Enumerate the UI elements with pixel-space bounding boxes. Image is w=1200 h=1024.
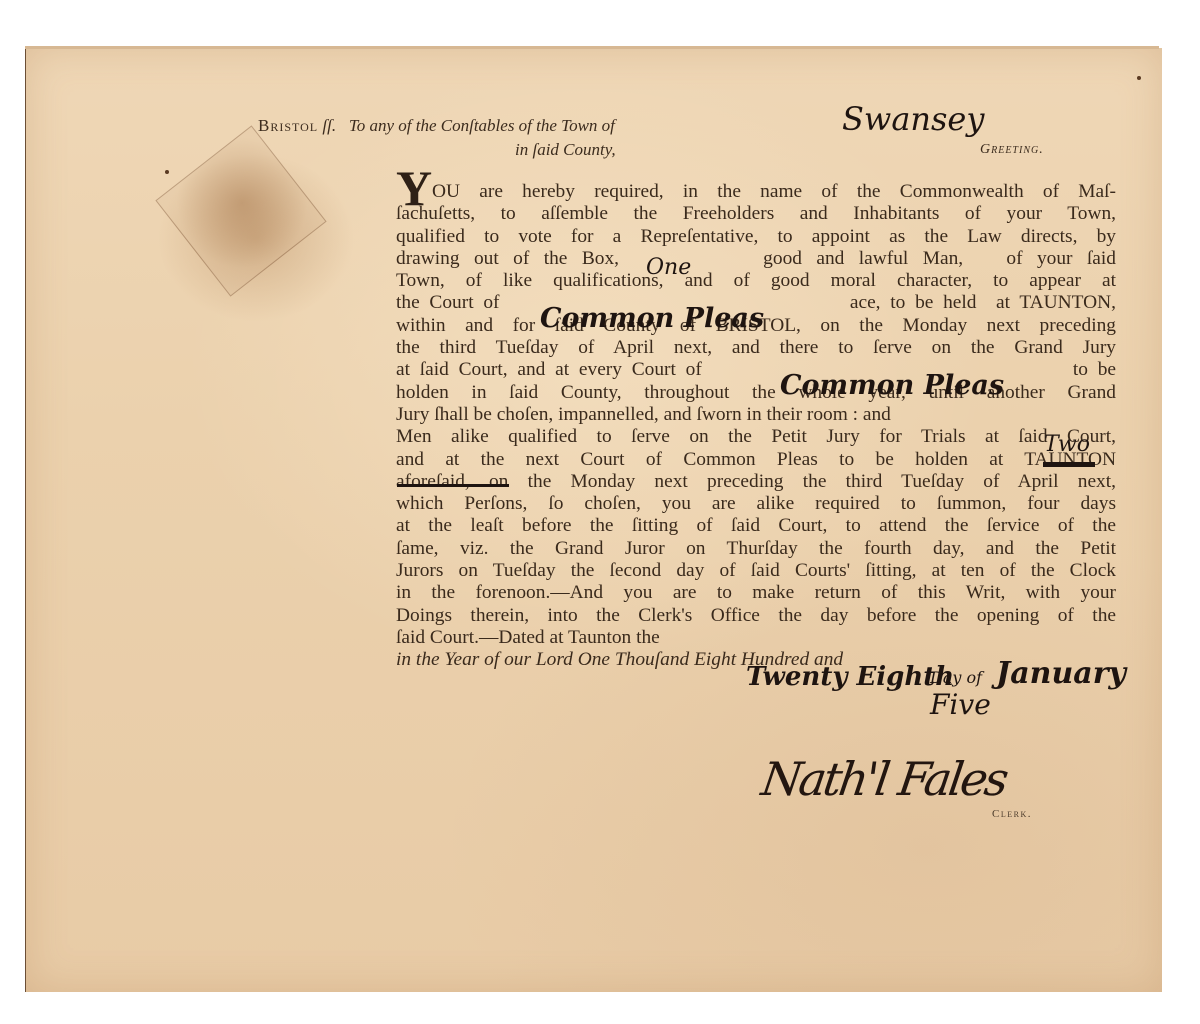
body-line: ſame, viz. the Grand Juror on Thurſday t… [396,538,1116,560]
greeting: Greeting. [980,142,1044,158]
clerk-signature: Nath'l Fales [758,752,1009,806]
body-line: Town, of like qualifications, and of goo… [396,270,1116,292]
body-line: at ſaid Court, and at every Court of to … [396,359,1116,381]
header-address-line-2: in ſaid County, [515,140,616,160]
body-line: qualified to vote for a Repreſentative, … [396,226,1116,248]
body-line: which Perſons, ſo choſen, you are alike … [396,493,1116,515]
strikethrough-and-at-the [397,484,509,487]
body-line: OU are hereby required, in the name of t… [396,163,1116,203]
handwritten-court-name-1: Common Pleas [540,303,764,334]
body-line: and at the next Court of Common Pleas to… [396,449,1116,471]
handwritten-court-name-2: Common Pleas [780,370,1004,401]
handwritten-day: Twenty Eighth [746,662,954,692]
handwritten-month: January [996,656,1126,691]
county-abbrev: ſſ. [322,116,336,135]
handwritten-petit-juror-count: Two [1044,432,1090,457]
writ-body: OU are hereby required, in the name of t… [396,163,1116,672]
body-line: Doings therein, into the Clerk's Office … [396,605,1116,627]
county-name: Bristol [258,116,318,135]
body-line: Jurors on Tueſday the ſecond day of ſaid… [396,560,1116,582]
body-line: the third Tueſday of April next, and the… [396,337,1116,359]
body-line: in the forenoon.—And you are to make ret… [396,582,1116,604]
body-line: Men alike qualified to ſerve on the Peti… [396,426,1116,448]
header-address-line-1: Bristol ſſ. To any of the Conſtables of … [258,116,615,136]
handwritten-town: Swansey [842,100,984,138]
handwritten-year: Five [930,688,991,721]
body-line: holden in ſaid County, throughout the wh… [396,382,1116,404]
body-line: drawing out of the Box, good and lawful … [396,248,1116,270]
paper-speck [1137,76,1141,80]
paper-top-edge [25,46,1159,49]
body-line: Jury ſhall be choſen, impannelled, and ſ… [396,404,1116,426]
body-line: aforeſaid, on the Monday next preceding … [396,471,1116,493]
handwritten-grand-juror-count: One [646,255,691,280]
day-of-label: Day of [930,668,982,687]
body-line: at the leaſt before the ſitting of ſaid … [396,515,1116,537]
address-to-constables: To any of the Conſtables of the Town of [349,116,615,135]
strikethrough-court [1043,462,1095,467]
paper-speck [165,170,169,174]
clerk-title: Clerk. [992,808,1032,820]
body-line: ſachuſetts, to aſſemble the Freeholders … [396,203,1116,225]
body-line-dated: ſaid Court.—Dated at Taunton the [396,627,1116,649]
